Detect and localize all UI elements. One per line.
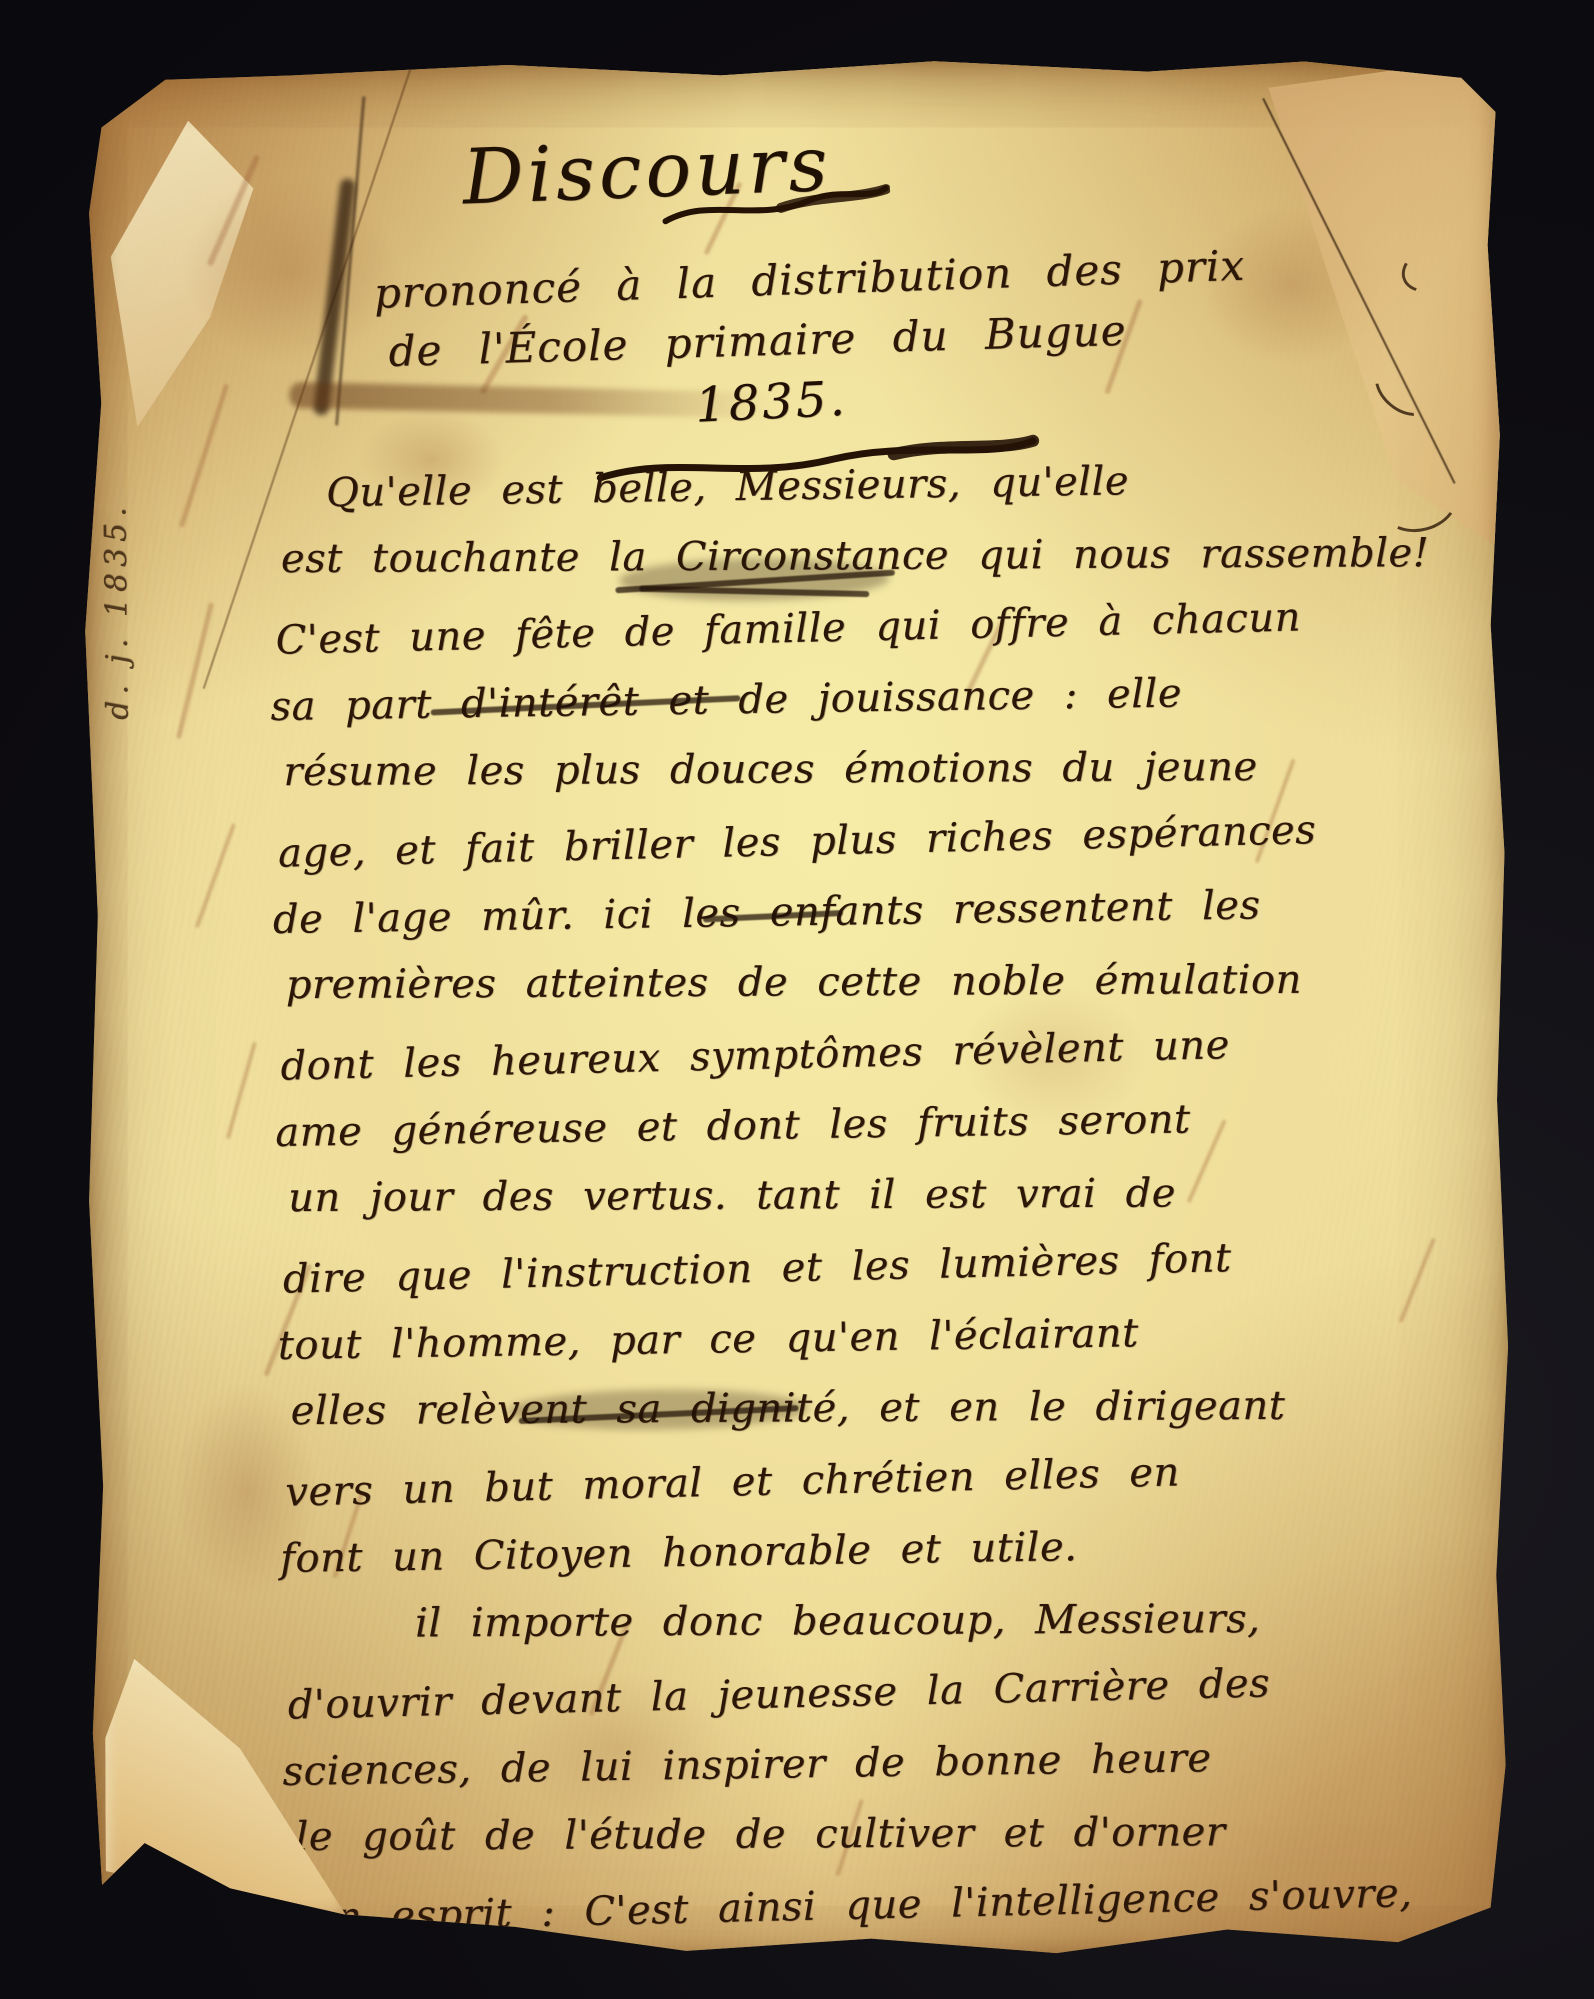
- photo-stage: Discours prononcé à la distribution des …: [0, 0, 1594, 1999]
- manuscript-paper-sheet: Discours prononcé à la distribution des …: [80, 55, 1512, 1961]
- body-text: Qu'elle est belle, Messieurs, qu'elle es…: [268, 455, 1495, 1960]
- margin-annotation: d. j. 1835.: [98, 440, 138, 780]
- title-line-school: de l'École primaire du Bugue: [388, 306, 1127, 376]
- title-line-year: 1835.: [694, 371, 849, 434]
- manuscript-content: Discours prononcé à la distribution des …: [73, 50, 1518, 1966]
- body-line: Qu'elle est belle, Messieurs, qu'elle: [268, 453, 1479, 542]
